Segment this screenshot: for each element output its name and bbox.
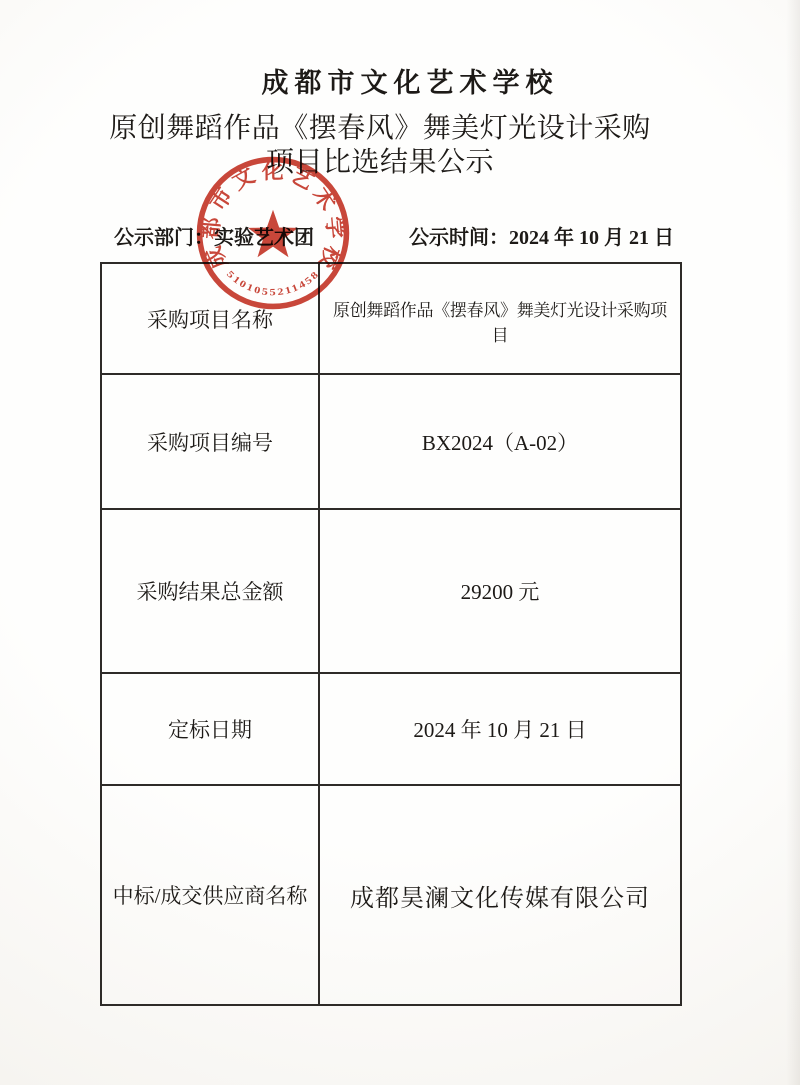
scan-edge-shadow (786, 0, 800, 1085)
stamp-code-text: 5101055211458 (224, 268, 322, 298)
page-title: 成都市文化艺术学校 (30, 70, 790, 97)
row-value-winning-supplier: 成都昊澜文化传媒有限公司 (319, 785, 681, 1005)
table-row: 采购项目编号 BX2024（A-02） (101, 374, 681, 509)
row-label-winning-supplier: 中标/成交供应商名称 (101, 785, 319, 1005)
row-label-project-number: 采购项目编号 (101, 374, 319, 509)
row-label-total-amount: 采购结果总金额 (101, 509, 319, 673)
bid-result-table: 采购项目名称 原创舞蹈作品《摆春风》舞美灯光设计采购项目 采购项目编号 BX20… (100, 262, 682, 1006)
document-subtitle-line2: 项目比选结果公示 (0, 147, 760, 178)
row-value-project-name: 原创舞蹈作品《摆春风》舞美灯光设计采购项目 (319, 263, 681, 374)
svg-text:5101055211458: 5101055211458 (224, 268, 322, 298)
document-header: 成都市文化艺术学校 原创舞蹈作品《摆春风》舞美灯光设计采购 项目比选结果公示 (0, 70, 760, 179)
table-row: 采购项目名称 原创舞蹈作品《摆春风》舞美灯光设计采购项目 (101, 263, 681, 374)
table-row: 中标/成交供应商名称 成都昊澜文化传媒有限公司 (101, 785, 681, 1005)
row-value-total-amount: 29200 元 (319, 509, 681, 673)
table-row: 定标日期 2024 年 10 月 21 日 (101, 673, 681, 785)
row-value-project-number: BX2024（A-02） (319, 374, 681, 509)
stamp-star-icon (248, 210, 298, 258)
row-value-award-date: 2024 年 10 月 21 日 (319, 673, 681, 785)
document-subtitle-line1: 原创舞蹈作品《摆春风》舞美灯光设计采购 (0, 113, 760, 144)
publish-time: 公示时间：2024 年 10 月 21 日 (409, 226, 674, 250)
row-label-award-date: 定标日期 (101, 673, 319, 785)
official-seal-stamp-icon: 成都市文化艺术学校 5101055211458 (195, 155, 351, 311)
scanned-document-page: 成都市文化艺术学校 原创舞蹈作品《摆春风》舞美灯光设计采购 项目比选结果公示 公… (0, 0, 800, 1085)
table-row: 采购结果总金额 29200 元 (101, 509, 681, 673)
